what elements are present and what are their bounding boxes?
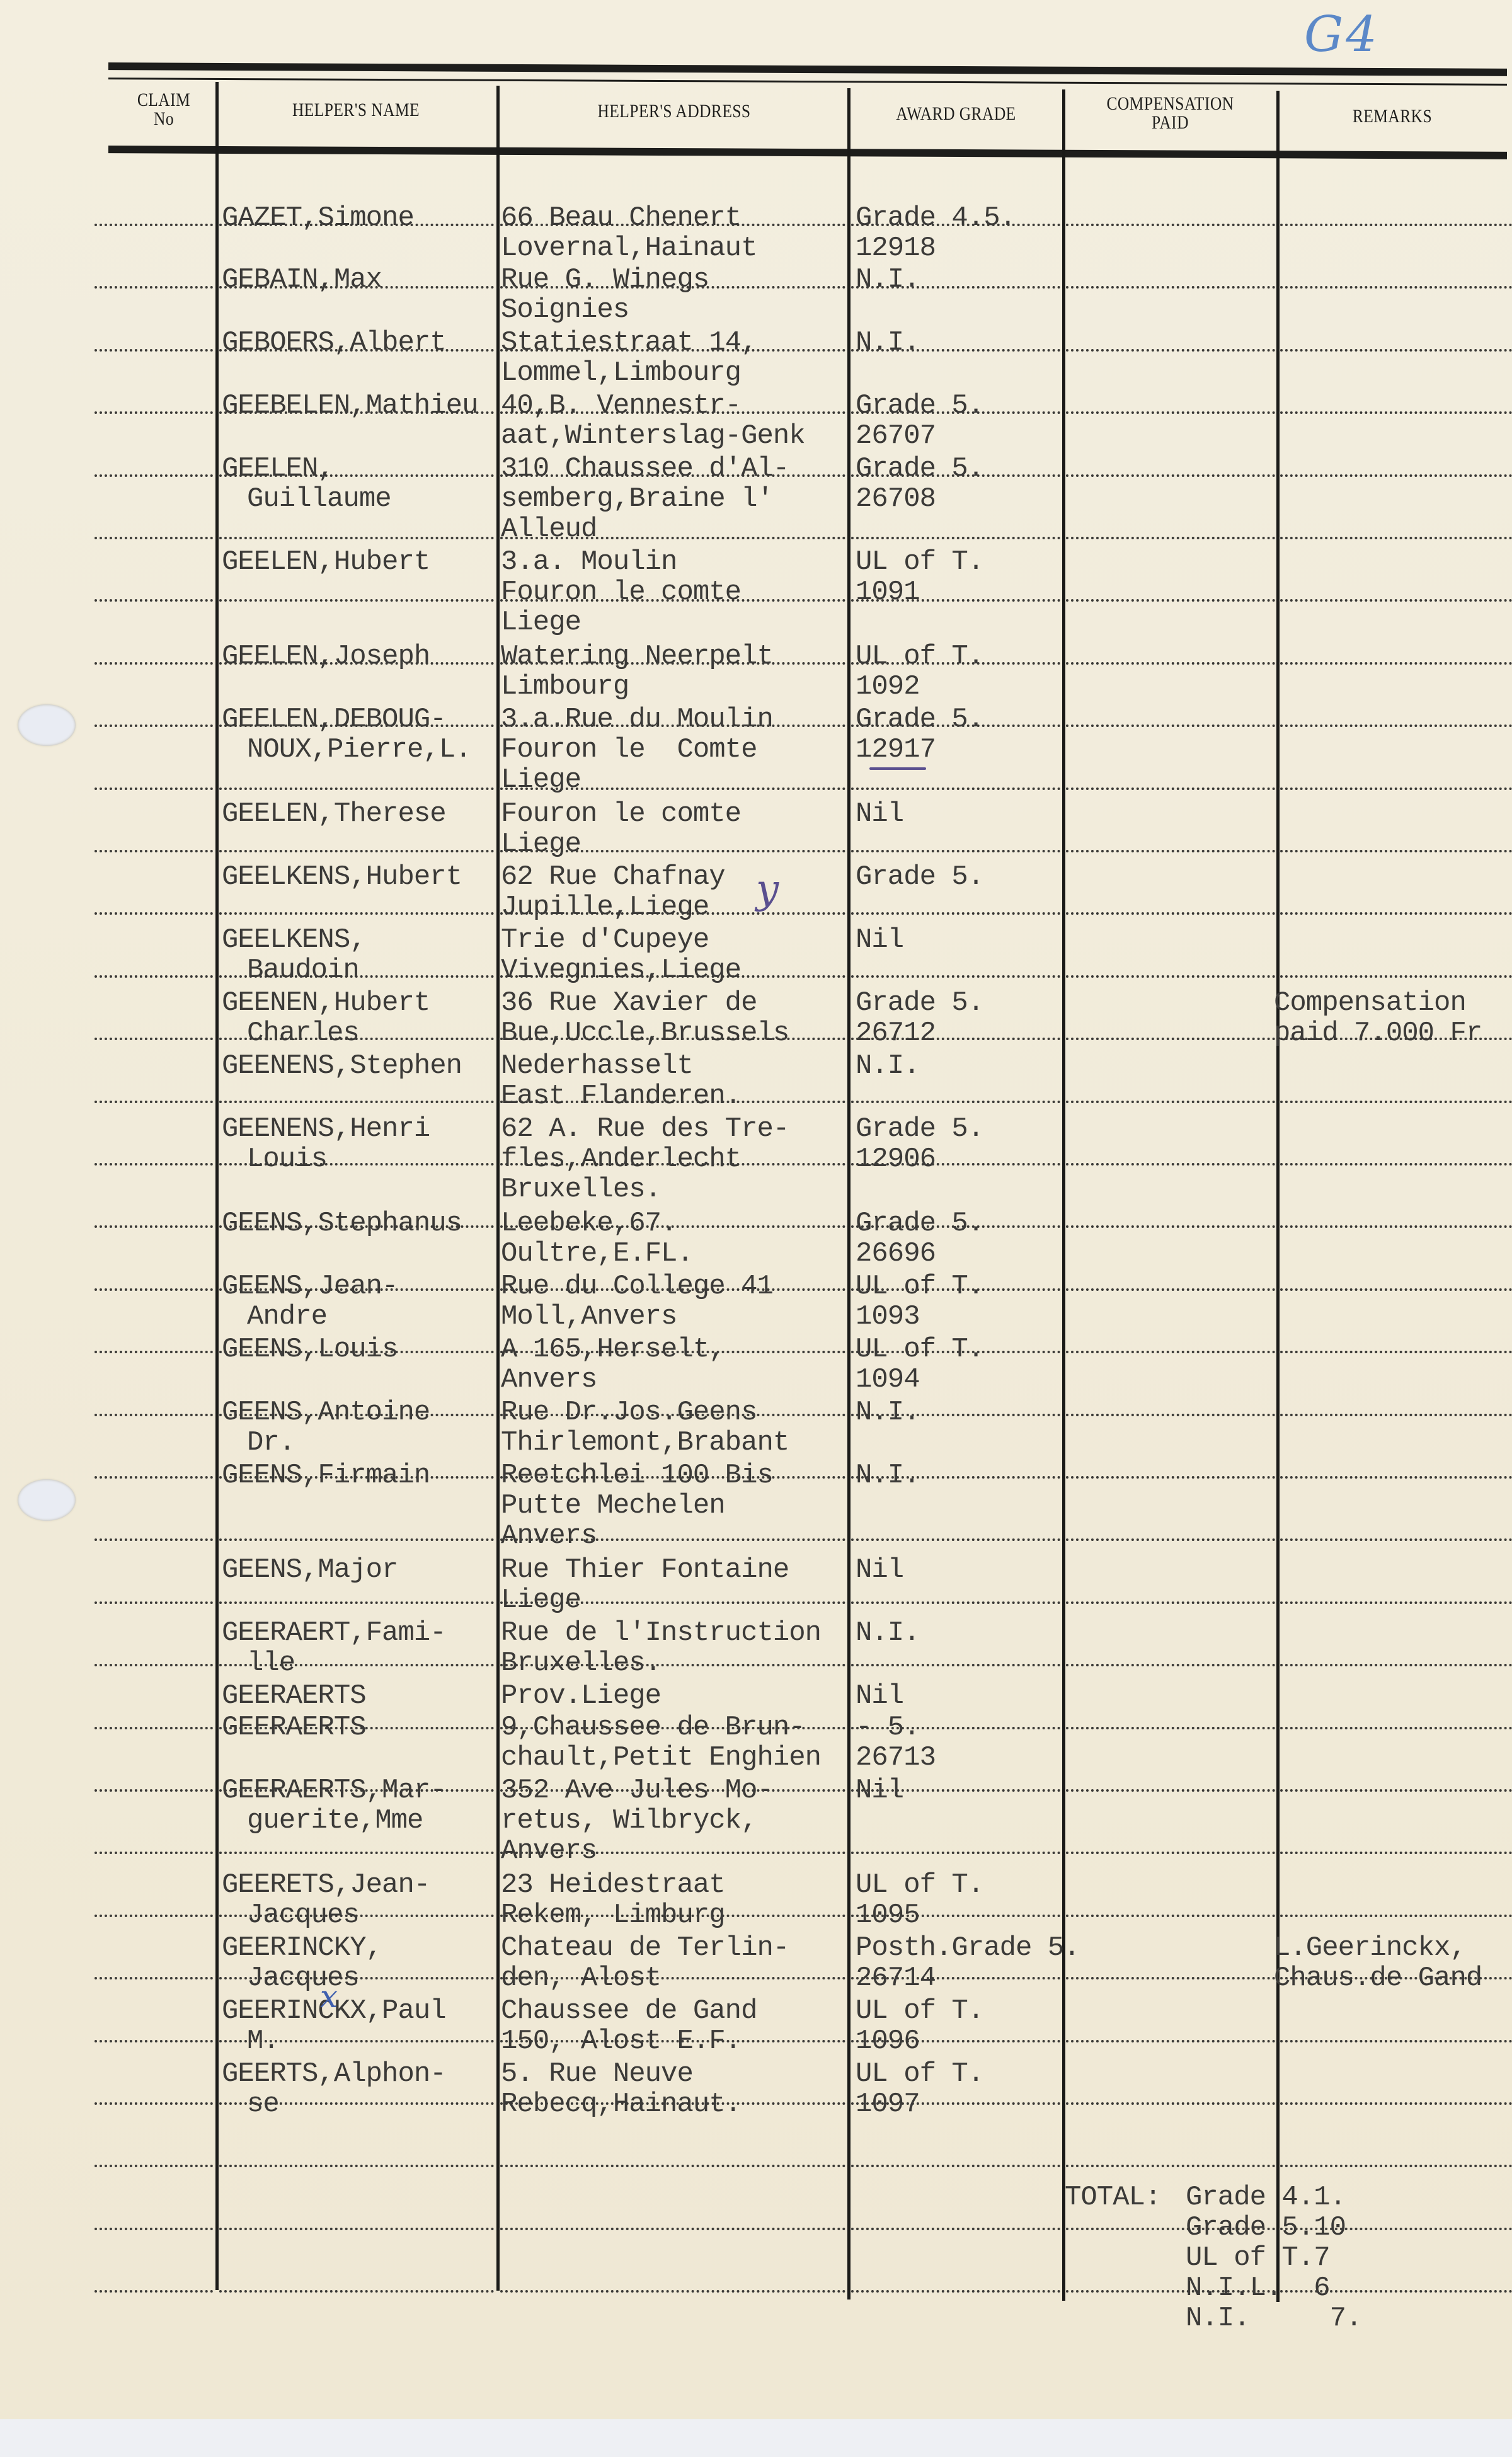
award-grade: N.I. <box>856 1460 920 1491</box>
punch-hole <box>18 704 76 746</box>
award-grade: UL of T. <box>856 641 983 672</box>
row-dotted-rule <box>94 1351 213 1353</box>
helper-address: Watering Neerpelt <box>501 641 773 672</box>
helper-name: GEENS,Firmain <box>222 1460 430 1491</box>
helper-name: GEELEN,Joseph <box>222 641 430 672</box>
column-header-remarks: REMARKS <box>1296 107 1489 126</box>
award-grade: 1091 <box>856 577 920 607</box>
row-dotted-rule <box>1066 1538 1275 1541</box>
helper-name: M. <box>247 2026 279 2056</box>
row-dotted-rule <box>219 599 494 602</box>
helper-name: NOUX,Pierre,L. <box>247 735 471 765</box>
helper-address: Rue G. Winegs <box>501 265 709 295</box>
award-grade: N.I. <box>856 265 920 295</box>
row-dotted-rule <box>851 2228 1060 2230</box>
row-dotted-rule <box>1066 286 1275 289</box>
helper-name: Guillaume <box>247 484 391 514</box>
row-dotted-rule <box>94 349 213 352</box>
helper-name: GEERTS,Alphon- <box>222 2059 446 2089</box>
helper-address: Soignies <box>501 295 629 325</box>
totals-line: UL of T.7 <box>1186 2243 1330 2273</box>
helper-address: retus, Wilbryck, <box>501 1806 757 1836</box>
helper-address: 40,B. Vennestr- <box>501 391 741 421</box>
helper-address: A 165,Herselt, <box>501 1334 725 1365</box>
award-grade: 26696 <box>856 1239 936 1269</box>
helper-name: se <box>247 2089 279 2119</box>
helper-name: Jacques <box>247 1900 359 1930</box>
row-dotted-rule <box>94 850 213 852</box>
helper-name: GAZET,Simone <box>222 203 414 233</box>
award-grade: 12918 <box>856 233 936 263</box>
row-dotted-rule <box>1280 474 1512 477</box>
row-dotted-rule <box>1280 1601 1512 1604</box>
helper-name: GEELEN,DEBOUG- <box>222 704 446 735</box>
totals-line: N.I. 7. <box>1186 2303 1361 2334</box>
row-dotted-rule <box>500 2228 845 2230</box>
column-divider <box>496 86 500 2291</box>
helper-name: GEBOERS,Albert <box>222 328 446 358</box>
helper-name: GEENS,Jean- <box>222 1271 398 1302</box>
helper-address: aat,Winterslag-Genk <box>501 421 805 451</box>
column-header-helper-name: HELPER'S NAME <box>238 101 474 120</box>
helper-address: 3.a. Moulin <box>501 547 677 577</box>
row-dotted-rule <box>1066 1915 1275 1917</box>
row-dotted-rule <box>94 474 213 477</box>
helper-address: Alleud <box>501 514 597 544</box>
helper-address: Putte Mechelen <box>501 1491 725 1521</box>
row-dotted-rule <box>94 912 213 915</box>
row-dotted-rule <box>1066 537 1275 539</box>
helper-address: Anvers <box>501 1365 597 1395</box>
award-grade: Posth.Grade 5. <box>856 1933 1080 1963</box>
row-dotted-rule <box>1280 975 1512 978</box>
helper-address: Bue,Uccle,Brussels <box>501 1018 789 1048</box>
row-dotted-rule <box>219 1538 494 1541</box>
row-dotted-rule <box>1280 1101 1512 1103</box>
helper-address: 150, Alost E.F. <box>501 2026 741 2056</box>
column-divider <box>1062 89 1065 2301</box>
helper-address: Reetchlei 100 Bis <box>501 1460 773 1491</box>
helper-address: 5. Rue Neuve <box>501 2059 693 2089</box>
row-dotted-rule <box>851 1852 1060 1854</box>
helper-address: 62 A. Rue des Tre- <box>501 1114 789 1144</box>
helper-name: GEELEN,Hubert <box>222 547 430 577</box>
row-dotted-rule <box>1066 1601 1275 1604</box>
helper-address: Rue du College 41 <box>501 1271 773 1302</box>
remarks-text: paid 7.000 Fr <box>1274 1018 1482 1048</box>
row-dotted-rule <box>1066 411 1275 414</box>
row-dotted-rule <box>1066 787 1275 790</box>
award-grade: Nil <box>856 1775 903 1806</box>
row-dotted-rule <box>1066 1351 1275 1353</box>
row-dotted-rule <box>1280 1476 1512 1479</box>
helper-name: GEENS,Antoine <box>222 1397 430 1428</box>
helper-address: Chateau de Terlin- <box>501 1933 789 1963</box>
award-grade: Nil <box>856 1555 903 1585</box>
award-grade: Grade 5. <box>856 454 983 484</box>
row-dotted-rule <box>94 1538 213 1541</box>
row-dotted-rule <box>219 2290 494 2293</box>
row-dotted-rule <box>1280 537 1512 539</box>
award-grade: 26714 <box>856 1963 936 1993</box>
row-dotted-rule <box>851 1101 1060 1103</box>
helper-name: GEELKENS, <box>222 925 366 955</box>
award-grade: UL of T. <box>856 1996 983 2026</box>
helper-name: GEENENS,Henri <box>222 1114 430 1144</box>
row-dotted-rule <box>94 2165 213 2167</box>
helper-address: 62 Rue Chafnay <box>501 862 725 892</box>
helper-name: Baudoin <box>247 955 359 985</box>
row-dotted-rule <box>1280 724 1512 727</box>
award-grade: UL of T. <box>856 1334 983 1365</box>
helper-name: guerite,Mme <box>247 1806 423 1836</box>
helper-name: GEBAIN,Max <box>222 265 382 295</box>
award-grade: Nil <box>856 1681 903 1711</box>
row-dotted-rule <box>94 787 213 790</box>
helper-address: 36 Rue Xavier de <box>501 988 757 1018</box>
row-dotted-rule <box>94 1852 213 1854</box>
row-dotted-rule <box>851 975 1060 978</box>
helper-address: Liege <box>501 829 581 859</box>
row-dotted-rule <box>94 599 213 602</box>
row-dotted-rule <box>94 2228 213 2230</box>
helper-address: Vivegnies,Liege <box>501 955 741 985</box>
helper-address: semberg,Braine l' <box>501 484 773 514</box>
helper-name: Andre <box>247 1302 327 1332</box>
award-grade: Grade 4.5. <box>856 203 1016 233</box>
row-dotted-rule <box>1280 850 1512 852</box>
row-dotted-rule <box>851 1601 1060 1604</box>
row-dotted-rule <box>851 2290 1060 2293</box>
row-dotted-rule <box>1280 599 1512 602</box>
helper-address: Anvers <box>501 1521 597 1551</box>
row-dotted-rule <box>1280 2040 1512 2042</box>
helper-name: Jacques <box>247 1963 359 1993</box>
award-grade: 1094 <box>856 1365 920 1395</box>
remarks-text: Compensation <box>1274 988 1466 1018</box>
pen-dash-mark <box>869 767 926 770</box>
helper-name: GEERAERT,Fami- <box>222 1618 446 1648</box>
row-dotted-rule <box>851 1538 1060 1541</box>
row-dotted-rule <box>1280 1538 1512 1541</box>
helper-address: Oultre,E.FL. <box>501 1239 693 1269</box>
helper-address: Thirlemont,Brabant <box>501 1428 789 1458</box>
row-dotted-rule <box>1066 850 1275 852</box>
column-divider <box>847 88 850 2299</box>
row-dotted-rule <box>1280 349 1512 352</box>
award-grade: UL of T. <box>856 1271 983 1302</box>
award-grade: N.I. <box>856 1051 920 1081</box>
row-dotted-rule <box>94 724 213 727</box>
helper-address: Rue de l'Instruction <box>501 1618 821 1648</box>
helper-address: Liege <box>501 1585 581 1615</box>
helper-address: 23 Heidestraat <box>501 1870 725 1900</box>
row-dotted-rule <box>1280 1852 1512 1854</box>
row-dotted-rule <box>500 2165 845 2167</box>
row-dotted-rule <box>1066 1101 1275 1103</box>
helper-address: Liege <box>501 765 581 795</box>
helper-name: GEERETS,Jean- <box>222 1870 430 1900</box>
row-dotted-rule <box>1066 1038 1275 1040</box>
helper-name: GEENENS,Stephen <box>222 1051 462 1081</box>
award-grade: - 5. <box>856 1712 920 1743</box>
helper-name: GEERAERTS <box>222 1681 366 1711</box>
row-dotted-rule <box>1066 2040 1275 2042</box>
helper-address: fles,Anderlecht <box>501 1144 741 1174</box>
row-dotted-rule <box>1066 975 1275 978</box>
totals-line: Grade 4.1. <box>1186 2182 1346 2213</box>
helper-address: Statiestraat 14, <box>501 328 757 358</box>
row-dotted-rule <box>1066 1664 1275 1666</box>
row-dotted-rule <box>1066 1789 1275 1792</box>
award-grade: N.I. <box>856 328 920 358</box>
totals-line: N.I.L. 6 <box>1186 2273 1330 2303</box>
row-dotted-rule <box>94 1038 213 1040</box>
row-dotted-rule <box>219 2228 494 2230</box>
helper-address: Prov.Liege <box>501 1681 661 1711</box>
row-dotted-rule <box>851 787 1060 790</box>
row-dotted-rule <box>851 912 1060 915</box>
helper-address: Liege <box>501 607 581 638</box>
row-dotted-rule <box>1066 912 1275 915</box>
row-dotted-rule <box>94 537 213 539</box>
row-dotted-rule <box>1280 1664 1512 1666</box>
row-dotted-rule <box>1066 1288 1275 1291</box>
helper-address: chault,Petit Enghien <box>501 1743 821 1773</box>
helper-address: Anvers <box>501 1836 597 1866</box>
row-dotted-rule <box>219 912 494 915</box>
row-dotted-rule <box>94 1915 213 1917</box>
award-grade: 26707 <box>856 421 936 451</box>
helper-address: Rue Thier Fontaine <box>501 1555 789 1585</box>
row-dotted-rule <box>94 2040 213 2042</box>
row-dotted-rule <box>94 2290 213 2293</box>
award-grade: UL of T. <box>856 2059 983 2089</box>
column-header-claim-no: CLAIM No <box>121 91 207 129</box>
award-grade: 12917 <box>856 735 936 765</box>
helper-address: 310 Chaussee d'Al- <box>501 454 789 484</box>
row-dotted-rule <box>1280 1351 1512 1353</box>
row-dotted-rule <box>94 1225 213 1228</box>
award-grade: Nil <box>856 799 903 829</box>
award-grade: 1092 <box>856 672 920 702</box>
row-dotted-rule <box>94 1977 213 1979</box>
row-dotted-rule <box>219 2165 494 2167</box>
row-dotted-rule <box>94 1727 213 1729</box>
helper-name: GEEBELEN,Mathieu <box>222 391 478 421</box>
helper-address: Fouron le comte <box>501 577 741 607</box>
helper-address: den, Alost <box>501 1963 661 1993</box>
helper-address: East Flanderen. <box>501 1081 741 1111</box>
helper-address: Limbourg <box>501 672 629 702</box>
row-dotted-rule <box>1066 1414 1275 1416</box>
row-dotted-rule <box>1066 1476 1275 1479</box>
award-grade: Grade 5. <box>856 1208 983 1239</box>
helper-address: 9,Chaussee de Brun- <box>501 1712 805 1743</box>
row-dotted-rule <box>94 1101 213 1103</box>
pen-correction-mark: y <box>756 866 779 913</box>
row-dotted-rule <box>94 286 213 289</box>
helper-name: lle <box>247 1648 295 1678</box>
helper-name: Louis <box>247 1144 327 1174</box>
row-dotted-rule <box>1280 1727 1512 1729</box>
remarks-text: L.Geerinckx, <box>1274 1933 1466 1963</box>
award-grade: 26712 <box>856 1018 936 1048</box>
award-grade: N.I. <box>856 1618 920 1648</box>
row-dotted-rule <box>1066 1163 1275 1165</box>
helper-address: Fouron le Comte <box>501 735 757 765</box>
helper-address: Rue Dr.Jos.Geens <box>501 1397 757 1428</box>
award-grade: 26708 <box>856 484 936 514</box>
row-dotted-rule <box>1280 912 1512 915</box>
row-dotted-rule <box>851 850 1060 852</box>
helper-name: GEERAERTS <box>222 1712 366 1743</box>
award-grade: UL of T. <box>856 1870 983 1900</box>
column-header-award-grade: AWARD GRADE <box>866 105 1046 123</box>
row-dotted-rule <box>500 2290 845 2293</box>
row-dotted-rule <box>94 224 213 226</box>
helper-address: Moll,Anvers <box>501 1302 677 1332</box>
helper-name: GEELKENS,Hubert <box>222 862 462 892</box>
row-dotted-rule <box>1066 2102 1275 2105</box>
row-dotted-rule <box>1280 1789 1512 1792</box>
column-header-helper-address: HELPER'S ADDRESS <box>527 102 822 121</box>
row-dotted-rule <box>1066 1727 1275 1729</box>
row-dotted-rule <box>94 411 213 414</box>
award-grade: 1095 <box>856 1900 920 1930</box>
row-dotted-rule <box>851 537 1060 539</box>
helper-address: 352 Ave Jules Mo- <box>501 1775 773 1806</box>
helper-name: GEENEN,Hubert <box>222 988 430 1018</box>
helper-address: Bruxelles. <box>501 1174 661 1205</box>
award-grade: N.I. <box>856 1397 920 1428</box>
award-grade: 26713 <box>856 1743 936 1773</box>
helper-name: GEENS,Major <box>222 1555 398 1585</box>
award-grade: Grade 5. <box>856 988 983 1018</box>
row-dotted-rule <box>851 2165 1060 2167</box>
punch-hole <box>18 1479 76 1521</box>
helper-name: GEELEN, <box>222 454 334 484</box>
row-dotted-rule <box>94 2102 213 2105</box>
award-grade: Grade 5. <box>856 1114 983 1144</box>
scan-background <box>0 2419 1512 2457</box>
helper-address: Trie d'Cupeye <box>501 925 709 955</box>
row-dotted-rule <box>219 850 494 852</box>
helper-address: Nederhasselt <box>501 1051 693 1081</box>
helper-address: Chaussee de Gand <box>501 1996 757 2026</box>
row-dotted-rule <box>851 1664 1060 1666</box>
helper-name: GEELEN,Therese <box>222 799 446 829</box>
row-dotted-rule <box>1280 1288 1512 1291</box>
row-dotted-rule <box>1066 662 1275 665</box>
row-dotted-rule <box>1066 599 1275 602</box>
row-dotted-rule <box>1280 787 1512 790</box>
helper-address: Leebeke,67. <box>501 1208 677 1239</box>
row-dotted-rule <box>1066 349 1275 352</box>
helper-name: Dr. <box>247 1428 295 1458</box>
row-dotted-rule <box>1280 662 1512 665</box>
row-dotted-rule <box>219 1601 494 1604</box>
row-dotted-rule <box>1066 474 1275 477</box>
row-dotted-rule <box>219 787 494 790</box>
row-dotted-rule <box>1280 286 1512 289</box>
row-dotted-rule <box>219 1101 494 1103</box>
helper-address: Jupille,Liege <box>501 892 709 922</box>
helper-address: Fouron le comte <box>501 799 741 829</box>
helper-name: GEENS,Stephanus <box>222 1208 462 1239</box>
row-dotted-rule <box>94 1288 213 1291</box>
helper-address: 66 Beau Chenert <box>501 203 741 233</box>
row-dotted-rule <box>1066 1225 1275 1228</box>
row-dotted-rule <box>94 975 213 978</box>
row-dotted-rule <box>1280 2165 1512 2167</box>
remarks-text: Chaus.de Gand <box>1274 1963 1482 1993</box>
row-dotted-rule <box>1066 2165 1275 2167</box>
helper-address: Lovernal,Hainaut <box>501 233 757 263</box>
row-dotted-rule <box>1280 1414 1512 1416</box>
row-dotted-rule <box>1066 224 1275 226</box>
row-dotted-rule <box>94 1163 213 1165</box>
award-grade: Nil <box>856 925 903 955</box>
award-grade: Grade 5. <box>856 862 983 892</box>
row-dotted-rule <box>1280 1163 1512 1165</box>
row-dotted-rule <box>1280 224 1512 226</box>
row-dotted-rule <box>1280 2102 1512 2105</box>
helper-name: GEERAERTS,Mar- <box>222 1775 446 1806</box>
row-dotted-rule <box>1066 1977 1275 1979</box>
totals-label: TOTAL: <box>1065 2182 1160 2213</box>
row-dotted-rule <box>1066 1852 1275 1854</box>
row-dotted-rule <box>1280 411 1512 414</box>
helper-name: Charles <box>247 1018 359 1048</box>
award-grade: 12906 <box>856 1144 936 1174</box>
award-grade: 1093 <box>856 1302 920 1332</box>
row-dotted-rule <box>94 1789 213 1792</box>
helper-address: Rekem, Limburg <box>501 1900 725 1930</box>
row-dotted-rule <box>94 1601 213 1604</box>
row-dotted-rule <box>94 662 213 665</box>
row-dotted-rule <box>94 1414 213 1416</box>
row-dotted-rule <box>94 1476 213 1479</box>
row-dotted-rule <box>94 1664 213 1666</box>
helper-name: GEERINCKY, <box>222 1933 382 1963</box>
column-divider <box>215 82 219 2290</box>
handwritten-page-number: G4 <box>1304 6 1380 63</box>
award-grade: 1097 <box>856 2089 920 2119</box>
helper-name: GEENS,Louis <box>222 1334 398 1365</box>
award-grade: Grade 5. <box>856 704 983 735</box>
row-dotted-rule <box>1066 724 1275 727</box>
row-dotted-rule <box>219 537 494 539</box>
helper-address: 3.a.Rue du Moulin <box>501 704 773 735</box>
award-grade: 1096 <box>856 2026 920 2056</box>
column-header-compensation-paid: COMPENSATION PAID <box>1080 94 1260 132</box>
row-dotted-rule <box>1280 1915 1512 1917</box>
totals-line: Grade 5.10 <box>1186 2213 1346 2243</box>
award-grade: UL of T. <box>856 547 983 577</box>
award-grade: Grade 5. <box>856 391 983 421</box>
helper-address: Rebecq,Hainaut. <box>501 2089 741 2119</box>
helper-address: Lommel,Limbourg <box>501 358 741 388</box>
pen-correction-mark: x <box>320 1978 338 2015</box>
row-dotted-rule <box>1280 1225 1512 1228</box>
helper-address: Bruxelles. <box>501 1648 661 1678</box>
row-dotted-rule <box>219 1852 494 1854</box>
